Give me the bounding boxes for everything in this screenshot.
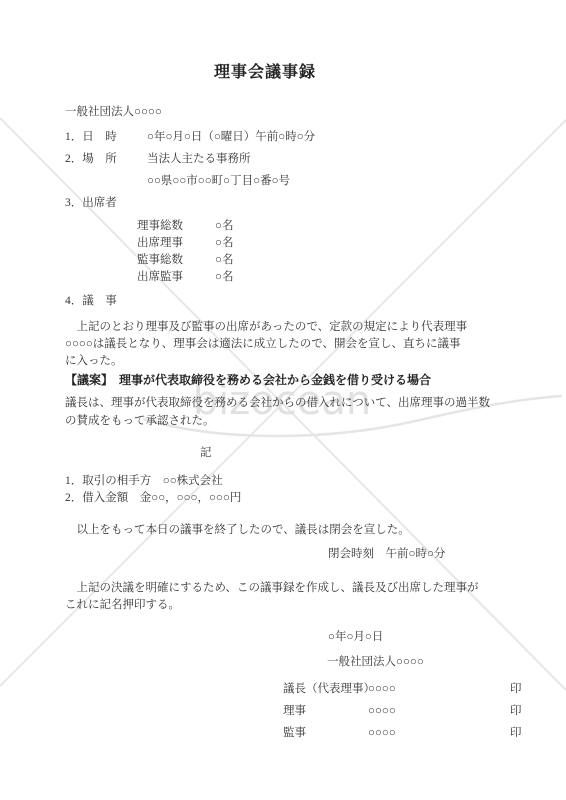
meta-row-datetime: 1．日 時 ○年○月○日（○曜日）午前○時○分 <box>65 130 526 145</box>
signature-title: 監事 <box>283 726 306 740</box>
resolution-paragraph: 議長は、理事が代表取締役を務める会社からの借入れについて、出席理事の過半数 の賛… <box>65 394 501 430</box>
document-content: 理事会議事録 一般社団法人○○○○ 1．日 時 ○年○月○日（○曜日）午前○時○… <box>0 0 566 748</box>
meta-value-address: ○○県○○市○○町○丁目○番○号 <box>147 174 290 189</box>
meta-row-place: 2．場 所 当法人主たる事務所 <box>65 152 526 167</box>
record-marker: 記 <box>65 446 526 461</box>
attendee-value: ○名 <box>215 252 233 269</box>
attestation-line: これに記名押印する。 <box>65 597 501 614</box>
proposal-heading: 【議案】 理事が代表取締役を務める会社から金銭を借り受ける場合 <box>65 373 526 387</box>
attestation-line: 上記の決議を明確にするため、この議事録を作成し、議長及び出席した理事が <box>65 580 501 597</box>
attendee-value: ○名 <box>215 235 233 252</box>
meta-label-empty <box>65 174 147 189</box>
signature-date: ○年○月○日 <box>328 630 526 645</box>
page-title: 理事会議事録 <box>65 62 465 84</box>
attendee-value: ○名 <box>215 218 233 235</box>
closing-time: 閉会時刻 午前○時○分 <box>328 547 526 562</box>
attendees-section: 理事総数 ○名 出席理事 ○名 監事総数 ○名 出席監事 ○名 <box>137 218 526 286</box>
signature-row: 監事 ○○○○ 印 <box>283 726 526 748</box>
signatures-section: 議長（代表理事） ○○○○ 印 理事 ○○○○ 印 監事 ○○○○ 印 <box>283 682 526 748</box>
closing-sentence: 以上をもって本日の議事を終了したので、議長は閉会を宣した。 <box>65 523 526 538</box>
opening-line: 上記のとおり理事及び監事の出席があったので、定款の規定により代表理事 <box>65 319 501 336</box>
attendee-row: 出席理事 ○名 <box>137 235 526 252</box>
attendee-row: 理事総数 ○名 <box>137 218 526 235</box>
signature-title: 理事 <box>283 704 306 718</box>
signature-name: ○○○○ <box>368 726 396 740</box>
meta-row-attendees: 3．出席者 <box>65 196 526 211</box>
signature-title: 議長（代表理事） <box>283 682 375 696</box>
resolution-line: 議長は、理事が代表取締役を務める会社からの借入れについて、出席理事の過半数 <box>65 394 501 412</box>
signature-name: ○○○○ <box>368 682 396 696</box>
document-page: bizocean 理事会議事録 一般社団法人○○○○ 1．日 時 ○年○月○日（… <box>0 0 566 800</box>
meta-row-place-address: ○○県○○市○○町○丁目○番○号 <box>65 174 526 189</box>
attendee-row: 出席監事 ○名 <box>137 269 526 286</box>
signature-seal: 印 <box>510 682 522 696</box>
meta-section: 1．日 時 ○年○月○日（○曜日）午前○時○分 2．場 所 当法人主たる事務所 … <box>65 130 526 211</box>
meta-label-datetime: 1．日 時 <box>65 130 147 145</box>
signature-row: 議長（代表理事） ○○○○ 印 <box>283 682 526 704</box>
attendee-label: 出席理事 <box>137 235 215 252</box>
opening-paragraph: 上記のとおり理事及び監事の出席があったので、定款の規定により代表理事 ○○○○は… <box>65 319 501 370</box>
signature-seal: 印 <box>510 726 522 740</box>
record-item: 2．借入金額 金○○，○○○，○○○円 <box>65 490 526 507</box>
organization-name: 一般社団法人○○○○ <box>65 104 526 120</box>
signature-seal: 印 <box>510 704 522 718</box>
signature-name: ○○○○ <box>368 704 396 718</box>
meta-label-place: 2．場 所 <box>65 152 147 167</box>
attestation-paragraph: 上記の決議を明確にするため、この議事録を作成し、議長及び出席した理事が これに記… <box>65 580 501 614</box>
signature-organization: 一般社団法人○○○○ <box>327 655 526 670</box>
record-item: 1．取引の相手方 ○○株式会社 <box>65 473 526 490</box>
meta-value-datetime: ○年○月○日（○曜日）午前○時○分 <box>147 130 315 145</box>
attendee-row: 監事総数 ○名 <box>137 252 526 269</box>
resolution-line: の賛成をもって承認された。 <box>65 412 501 430</box>
meta-label-attendees: 3．出席者 <box>65 196 117 211</box>
record-items: 1．取引の相手方 ○○株式会社 2．借入金額 金○○，○○○，○○○円 <box>65 473 526 507</box>
attendee-value: ○名 <box>215 269 233 286</box>
opening-line: ○○○○は議長となり、理事会は適法に成立したので、開会を宣し、直ちに議事 <box>65 336 501 353</box>
meta-value-place: 当法人主たる事務所 <box>147 152 251 167</box>
agenda-heading: 4．議 事 <box>65 294 526 309</box>
opening-line: に入った。 <box>65 353 501 370</box>
signature-row: 理事 ○○○○ 印 <box>283 704 526 726</box>
attendee-label: 監事総数 <box>137 252 215 269</box>
attendee-label: 理事総数 <box>137 218 215 235</box>
attendee-label: 出席監事 <box>137 269 215 286</box>
